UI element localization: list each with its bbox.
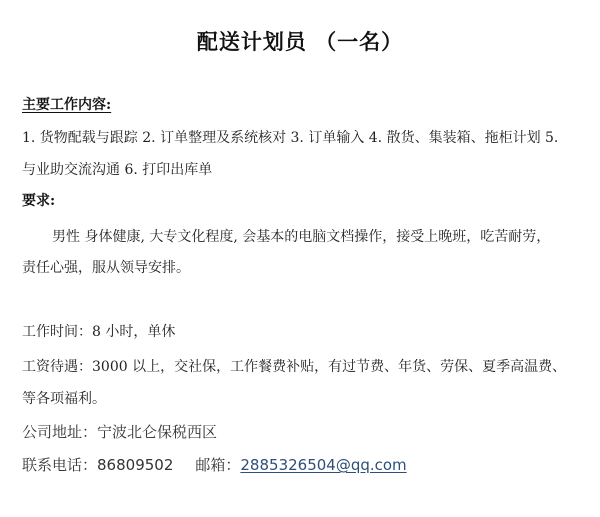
duties-heading: 主要工作内容: (22, 95, 119, 115)
duties-heading-text: 主要工作内容: (22, 97, 119, 113)
duties-line-1: 1. 货物配载与跟踪 2. 订单整理及系统核对 3. 订单输入 4. 散货、集装… (22, 128, 558, 148)
requirements-line-1: 男性 身体健康, 大专文化程度, 会基本的电脑文档操作，接受上晚班，吃苦耐劳， (52, 227, 550, 247)
contact-info: 联系电话：86809502邮箱：2885326504@qq.com (22, 455, 407, 475)
requirements-line-2: 责任心强，服从领导安排。 (22, 258, 190, 278)
address-value: 宁波北仑保税西区 (97, 423, 217, 441)
salary-line-1: 工资待遇：3000 以上，交社保，工作餐费补贴，有过节费、年货、劳保、夏季高温费… (22, 357, 566, 377)
duties-line-2: 与业助交流沟通 6. 打印出库单 (22, 160, 212, 180)
work-hours: 工作时间：8 小时，单休 (22, 322, 175, 342)
requirements-heading: 要求: (22, 191, 55, 211)
address-label: 公司地址： (22, 423, 97, 441)
salary-line-2: 等各项福利。 (22, 389, 106, 409)
company-address: 公司地址：宁波北仑保税西区 (22, 422, 217, 442)
phone-label: 联系电话： (22, 456, 97, 474)
email-link[interactable]: 2885326504@qq.com (240, 456, 406, 474)
page-title: 配送计划员 （一名） (0, 26, 600, 56)
email-label: 邮箱： (195, 456, 240, 474)
phone-value: 86809502 (97, 456, 173, 474)
